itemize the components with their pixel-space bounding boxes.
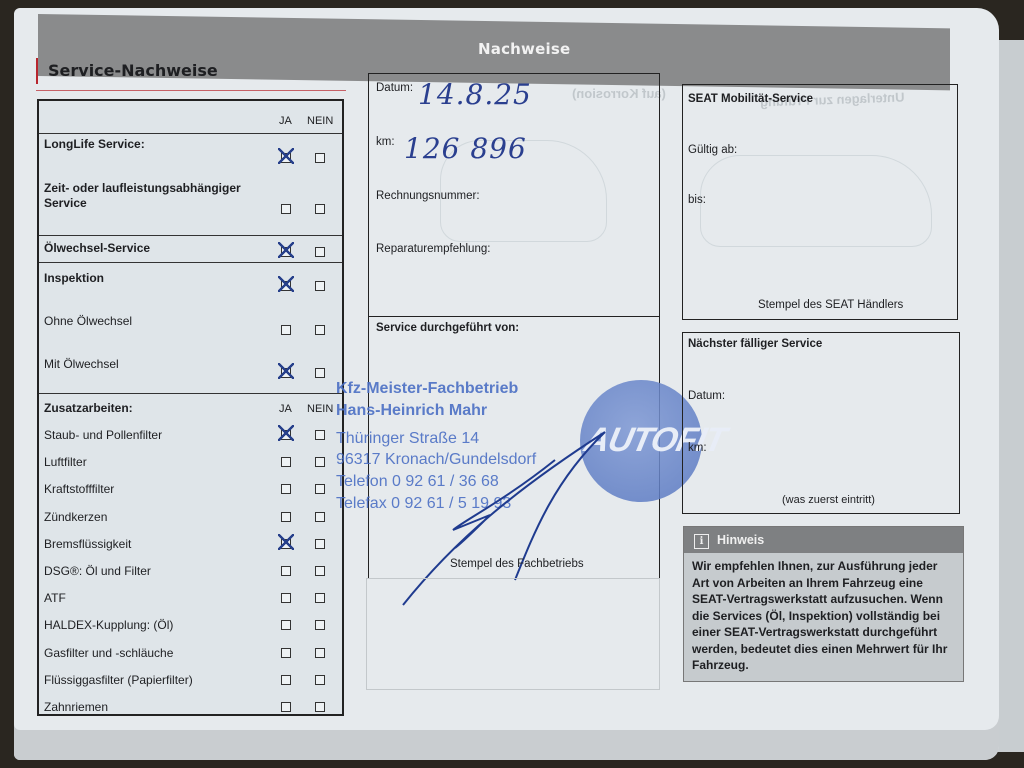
checkbox-ja[interactable]	[281, 204, 291, 214]
checkbox-ja[interactable]	[281, 539, 291, 549]
was-zuerst-note: (was zuerst eintritt)	[782, 494, 875, 506]
extras-item: Zahnriemen	[44, 700, 264, 715]
checklist-item: Mit Ölwechsel	[44, 357, 264, 372]
checkbox-nein[interactable]	[315, 675, 325, 685]
next-service-box	[682, 332, 960, 514]
checkbox-nein[interactable]	[315, 247, 325, 257]
hinweis-box: iHinweis Wir empfehlen Ihnen, zur Ausfüh…	[683, 526, 964, 682]
extras-item: Gasfilter und -schläuche	[44, 646, 264, 661]
reparaturempfehlung-label: Reparaturempfehlung:	[376, 243, 490, 255]
col-header-nein: NEIN	[307, 115, 333, 127]
extras-item: Luftfilter	[44, 455, 264, 470]
col-header-ja: JA	[279, 115, 292, 127]
extras-item: Staub- und Pollenfilter	[44, 428, 264, 443]
stamp-line-1: Kfz-Meister-Fachbetrieb	[336, 380, 518, 397]
km-value[interactable]: 126 896	[404, 132, 527, 165]
extras-item: HALDEX-Kupplung: (Öl)	[44, 618, 264, 633]
checkbox-ja[interactable]	[281, 484, 291, 494]
service-checklist: JANEINLongLife Service:Zeit- oder laufle…	[37, 99, 344, 716]
checkbox-ja[interactable]	[281, 675, 291, 685]
datum-value[interactable]: 14.8.25	[418, 78, 532, 111]
checkbox-nein[interactable]	[315, 566, 325, 576]
checkbox-ja[interactable]	[281, 430, 291, 440]
checkbox-nein[interactable]	[315, 620, 325, 630]
checkbox-ja[interactable]	[281, 566, 291, 576]
section-title: Service-Nachweise	[36, 58, 218, 84]
km-label: km:	[376, 136, 395, 148]
checkbox-nein[interactable]	[315, 281, 325, 291]
checkbox-ja[interactable]	[281, 457, 291, 467]
checkbox-ja[interactable]	[281, 153, 291, 163]
stempel-haendler-label: Stempel des SEAT Händlers	[758, 299, 903, 311]
extras-item: Zündkerzen	[44, 510, 264, 525]
next-datum-label: Datum:	[688, 390, 725, 402]
checkbox-nein[interactable]	[315, 430, 325, 440]
checkbox-nein[interactable]	[315, 593, 325, 603]
stempel-fachbetrieb-label: Stempel des Fachbetriebs	[450, 558, 584, 570]
checkbox-nein[interactable]	[315, 153, 325, 163]
checkbox-nein[interactable]	[315, 325, 325, 335]
checkbox-ja[interactable]	[281, 648, 291, 658]
next-service-title: Nächster fälliger Service	[688, 338, 822, 350]
extras-title: Zusatzarbeiten:	[44, 401, 264, 416]
checkbox-ja[interactable]	[281, 368, 291, 378]
empty-field-box	[366, 578, 660, 690]
checkbox-ja[interactable]	[281, 702, 291, 712]
info-icon: i	[694, 534, 709, 549]
checkbox-ja[interactable]	[281, 512, 291, 522]
checkbox-nein[interactable]	[315, 204, 325, 214]
checkbox-nein[interactable]	[315, 702, 325, 712]
extras-item: ATF	[44, 591, 264, 606]
checkbox-nein[interactable]	[315, 512, 325, 522]
table-divider	[39, 133, 342, 134]
checkbox-nein[interactable]	[315, 539, 325, 549]
hinweis-title: Hinweis	[717, 533, 764, 547]
extras-item: Flüssiggasfilter (Papierfilter)	[44, 673, 264, 688]
checkbox-nein[interactable]	[315, 648, 325, 658]
datum-label: Datum:	[376, 82, 413, 94]
next-km-label: km:	[688, 442, 707, 454]
gueltig-ab-label: Gültig ab:	[688, 144, 737, 156]
extras-item: Kraftstofffilter	[44, 482, 264, 497]
col-header-nein: NEIN	[307, 403, 333, 415]
checkbox-ja[interactable]	[281, 325, 291, 335]
hinweis-header: iHinweis	[684, 527, 963, 553]
checkbox-nein[interactable]	[315, 368, 325, 378]
col-header-ja: JA	[279, 403, 292, 415]
table-divider	[39, 235, 342, 236]
checkbox-ja[interactable]	[281, 620, 291, 630]
header-title: Nachweise	[478, 40, 570, 58]
checklist-item: Zeit- oder laufleistungsabhängiger Servi…	[44, 181, 264, 211]
stamp-line-2: Hans-Heinrich Mahr	[336, 402, 487, 419]
checkbox-ja[interactable]	[281, 247, 291, 257]
table-divider	[39, 262, 342, 263]
page-edge	[996, 40, 1024, 752]
checkbox-ja[interactable]	[281, 593, 291, 603]
checkbox-nein[interactable]	[315, 457, 325, 467]
table-divider	[39, 393, 342, 394]
checklist-item: Ohne Ölwechsel	[44, 314, 264, 329]
service-record-divider	[368, 316, 660, 317]
durchgefuehrt-label: Service durchgeführt von:	[376, 322, 519, 334]
rechnungsnummer-label: Rechnungsnummer:	[376, 190, 480, 202]
section-rule	[36, 90, 346, 91]
checklist-item: LongLife Service:	[44, 137, 264, 152]
mobility-title: SEAT Mobilität-Service	[688, 93, 813, 105]
mobility-service-box	[682, 84, 958, 320]
checklist-item: Inspektion	[44, 271, 264, 286]
checklist-item: Ölwechsel-Service	[44, 241, 264, 256]
extras-item: Bremsflüssigkeit	[44, 537, 264, 552]
checkbox-nein[interactable]	[315, 484, 325, 494]
extras-item: DSG®: Öl und Filter	[44, 564, 264, 579]
checkbox-ja[interactable]	[281, 281, 291, 291]
hinweis-text: Wir empfehlen Ihnen, zur Ausführung jede…	[684, 553, 963, 679]
bis-label: bis:	[688, 194, 706, 206]
